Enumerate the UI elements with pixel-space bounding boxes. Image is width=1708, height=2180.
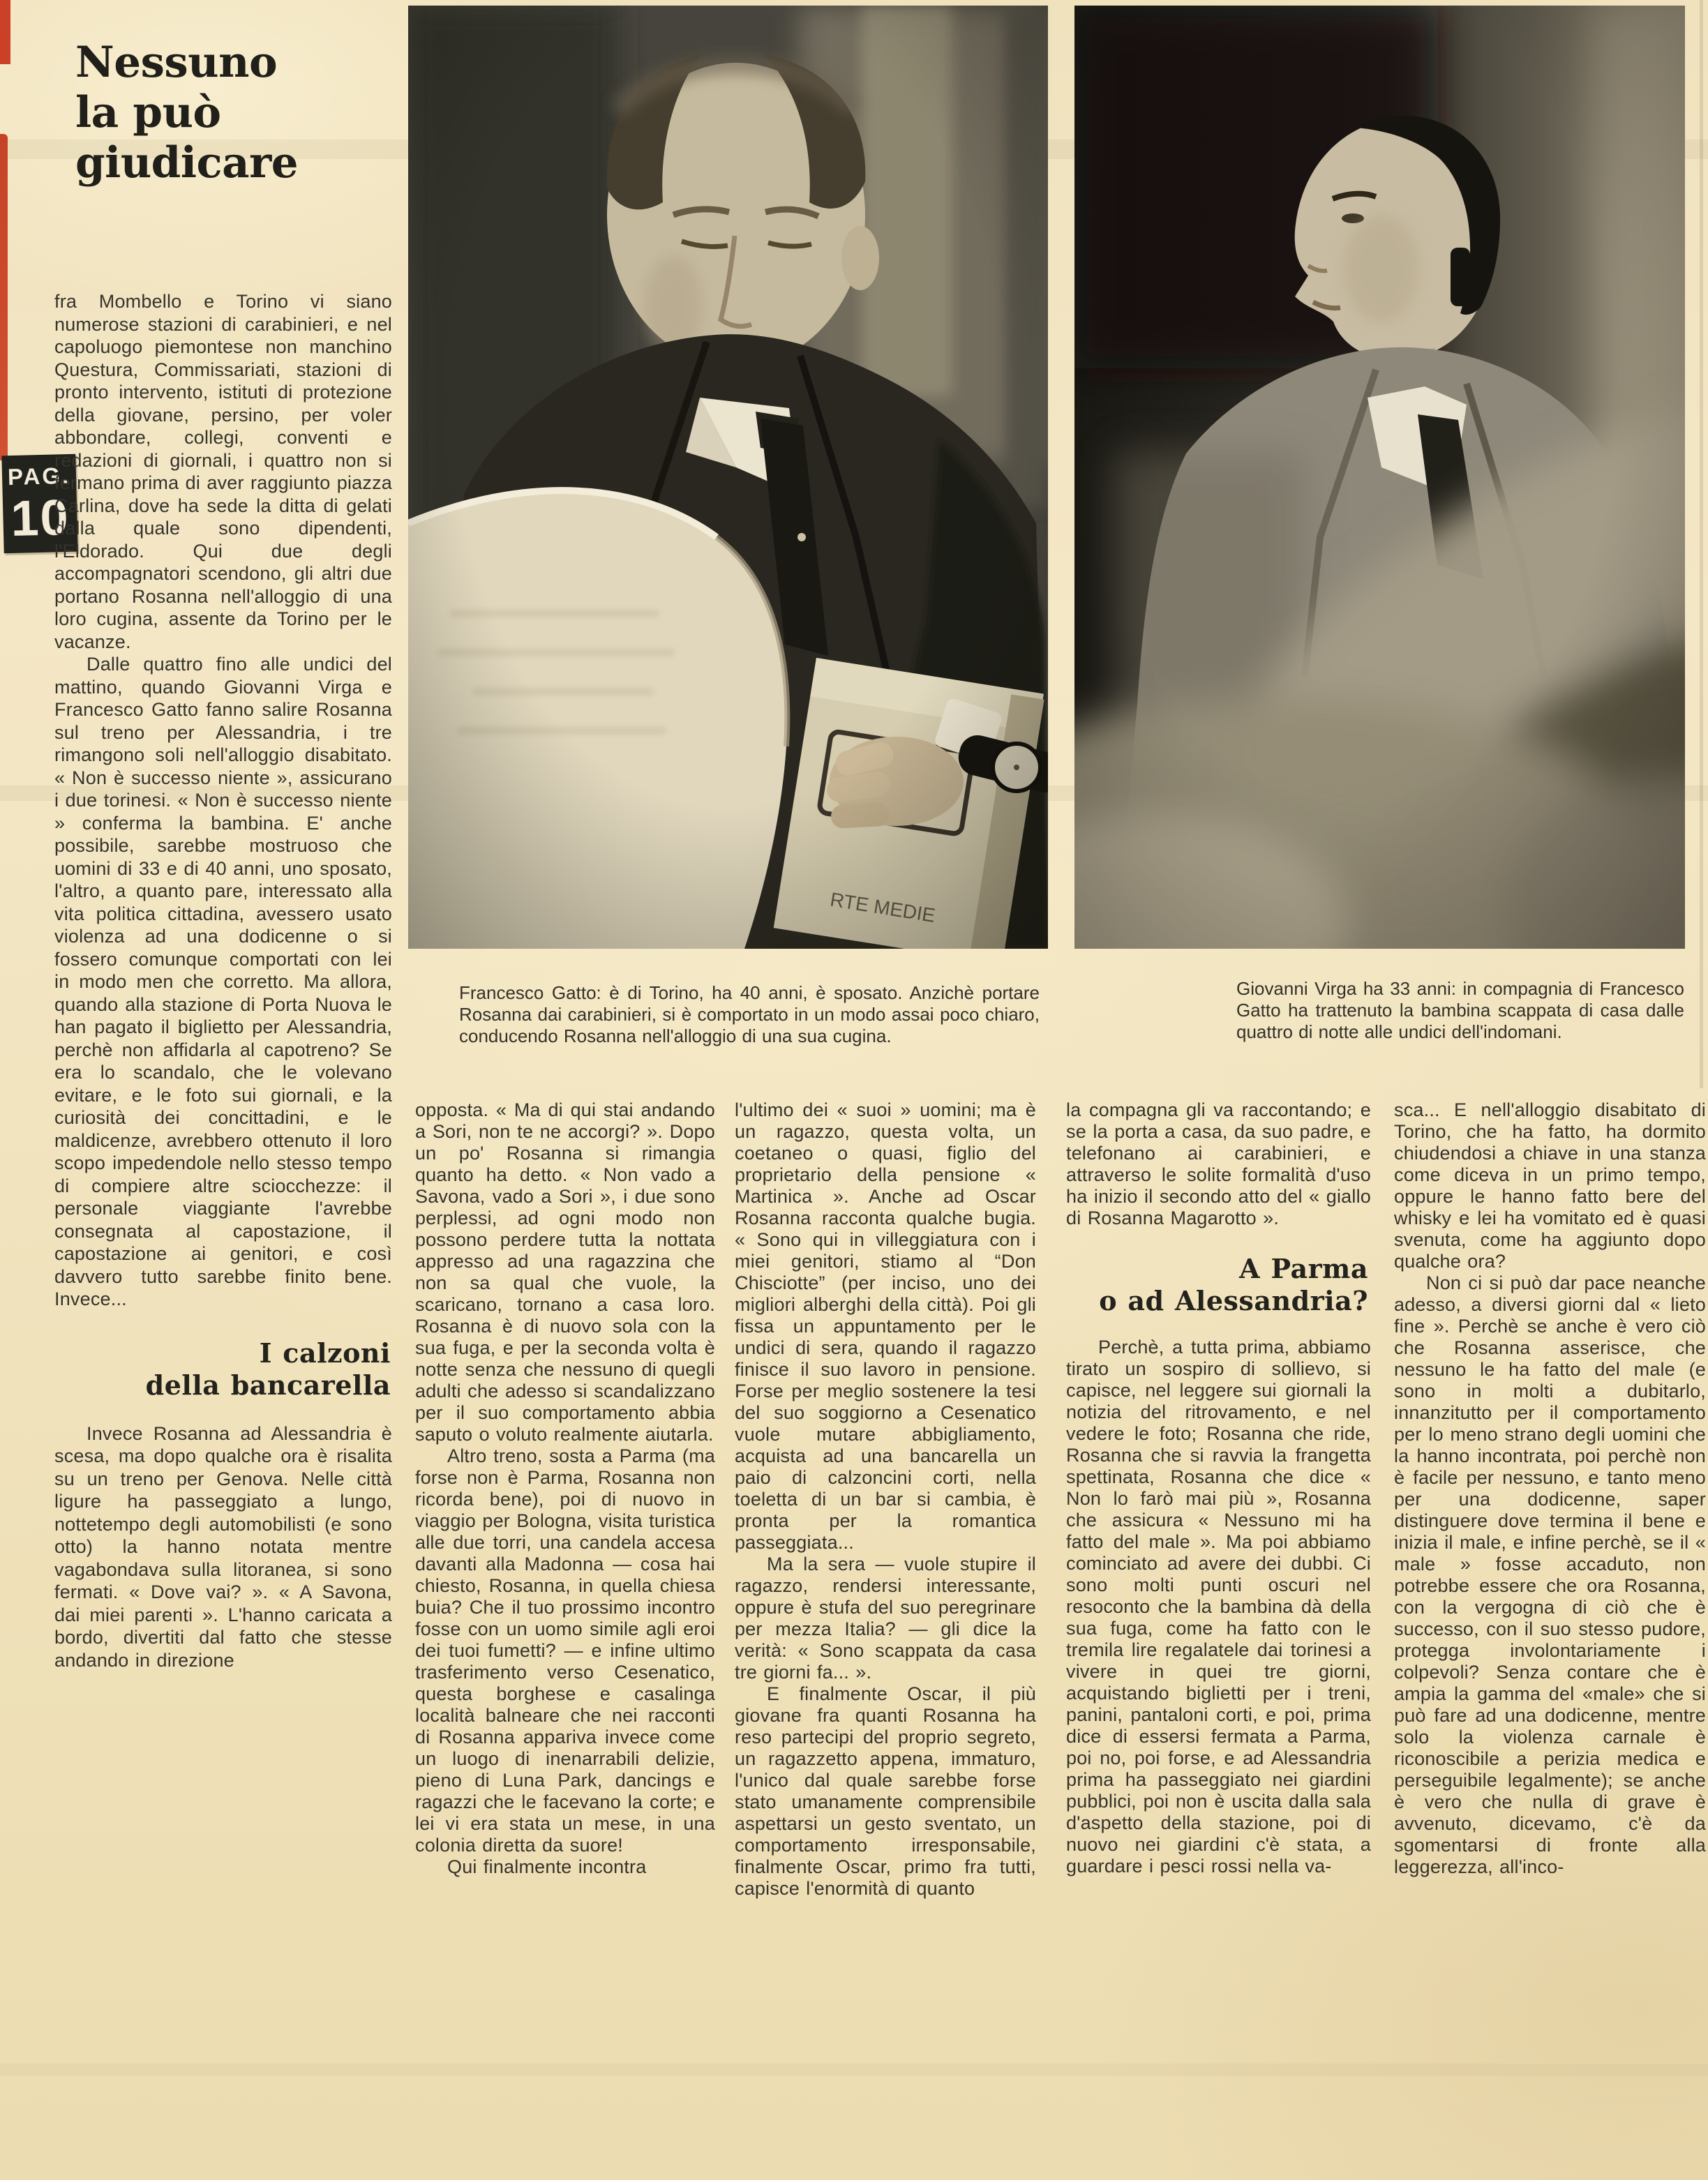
page-edge-red-mark (0, 0, 10, 64)
title-line: Nessuno (75, 38, 382, 88)
paragraph: sca... E nell'alloggio disabitato di Tor… (1394, 1099, 1706, 1272)
caption-giovanni-virga: Giovanni Virga ha 33 anni: in compagnia … (1236, 978, 1684, 1043)
article-title: Nessuno la può giudicare (75, 38, 382, 188)
column-2: opposta. « Ma di qui stai andando a Sori… (415, 1099, 715, 1878)
paragraph: opposta. « Ma di qui stai andando a Sori… (415, 1099, 715, 1445)
paper-streak (0, 2064, 1708, 2076)
page-crease (1700, 0, 1703, 1088)
paragraph: E finalmente Oscar, il più giovane fra q… (735, 1683, 1036, 1900)
column-1: fra Mombello e Torino vi siano numerose … (54, 290, 392, 1671)
paragraph: Dalle quattro fino alle undici del matti… (54, 653, 392, 1311)
paragraph: la compagna gli va raccontando; e se la … (1066, 1099, 1371, 1229)
page-edge-red-mark (0, 134, 8, 460)
paragraph: Non ci si può dar pace neanche adesso, a… (1394, 1272, 1706, 1878)
photo-francesco-gatto: COLLI RTE MEDIE (408, 6, 1048, 949)
paragraph: Invece Rosanna ad Alessandria è scesa, m… (54, 1422, 392, 1672)
subhead-i-calzoni: I calzoni della bancarella (54, 1337, 391, 1401)
column-3: l'ultimo dei « suoi » uomini; ma è un ra… (735, 1099, 1036, 1900)
caption-francesco-gatto: Francesco Gatto: è di Torino, ha 40 anni… (459, 982, 1040, 1047)
paragraph: Ma la sera — vuole stupire il ragazzo, r… (735, 1554, 1036, 1683)
paragraph: l'ultimo dei « suoi » uomini; ma è un ra… (735, 1099, 1036, 1554)
paragraph: Qui finalmente incontra (415, 1856, 715, 1878)
photo-giovanni-virga (1074, 6, 1685, 949)
paragraph: Altro treno, sosta a Parma (ma forse non… (415, 1445, 715, 1856)
title-line: la può (75, 88, 382, 138)
subhead-a-parma: A Parma o ad Alessandria? (1066, 1253, 1368, 1317)
paragraph: Perchè, a tutta prima, abbiamo tirato un… (1066, 1337, 1371, 1877)
column-5: sca... E nell'alloggio disabitato di Tor… (1394, 1099, 1706, 1878)
title-line: giudicare (75, 138, 382, 188)
magazine-page: Nessuno la può giudicare PAG. 10 (0, 0, 1708, 2180)
column-4: la compagna gli va raccontando; e se la … (1066, 1099, 1371, 1877)
paragraph: fra Mombello e Torino vi siano numerose … (54, 290, 392, 653)
